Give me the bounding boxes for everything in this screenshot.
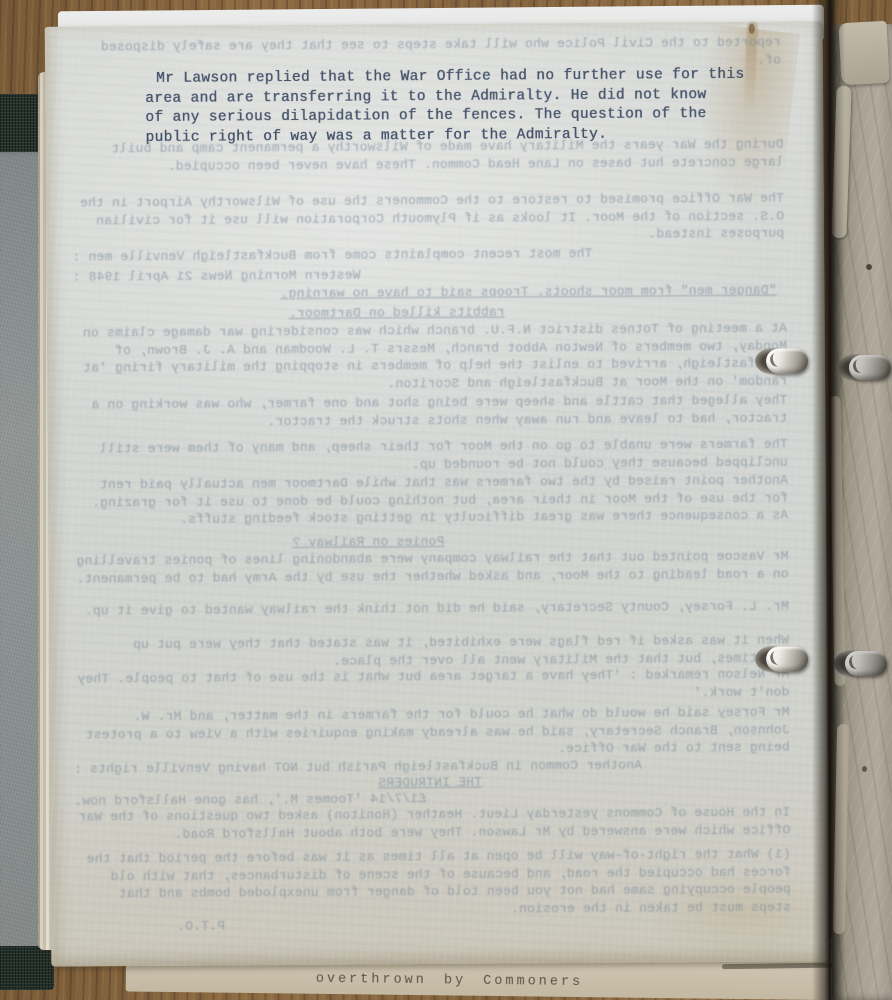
bleedthrough-paragraph: At a meeting of Totnes district N.F.U. b…	[71, 320, 787, 395]
bleedthrough-paragraph: Mr Nelson remarked : 'They have a target…	[73, 666, 789, 706]
typed-document-page: reported to the Civil Police who will ta…	[45, 21, 830, 966]
bleedthrough-paragraph: Mr Forsey said he would do what he could…	[73, 704, 789, 761]
split-pin-fastener-top	[755, 345, 811, 377]
paper-speck	[862, 766, 867, 772]
bleedthrough-paragraph: In the House of Commons yesterday Lieut.…	[74, 804, 790, 844]
paper-speck	[866, 264, 872, 270]
ink-speck	[749, 24, 755, 34]
split-pin-fastener-stack-top	[838, 352, 892, 384]
bleedthrough-paragraph: The War Office promised to restore to th…	[72, 190, 784, 247]
bleedthrough-headline: rabbits killed on Dartmoor.	[197, 303, 597, 323]
binder-cloth-edge-bottom	[0, 946, 54, 990]
fastener-pin-head	[849, 355, 891, 380]
bleedthrough-paragraph: The farmers were unable to go on the Moo…	[72, 436, 788, 476]
fastener-pin-head	[845, 651, 887, 676]
crumpled-corner-flap	[838, 21, 889, 85]
bleedthrough-pto: P.T.O.	[121, 917, 281, 936]
split-pin-fastener-bottom	[755, 643, 811, 675]
fastener-pin-head	[766, 348, 808, 373]
underlying-sheet-typed-text: overthrown by Commoners	[316, 972, 584, 990]
bleedthrough-paragraph: Another point raised by the two farmers …	[72, 472, 788, 529]
fastener-pin-head	[766, 646, 808, 671]
typed-paragraph: Mr Lawson replied that the War Office ha…	[145, 66, 786, 148]
bleedthrough-paragraph: Mr Vascoe pointed out that the railway c…	[72, 548, 788, 588]
binding-gap-shadow	[812, 0, 845, 1000]
bleedthrough-paragraph: They alleged that cattle and sheep were …	[71, 392, 787, 432]
bleedthrough-paragraph: (1) What the right-of-way will be open a…	[74, 846, 790, 921]
